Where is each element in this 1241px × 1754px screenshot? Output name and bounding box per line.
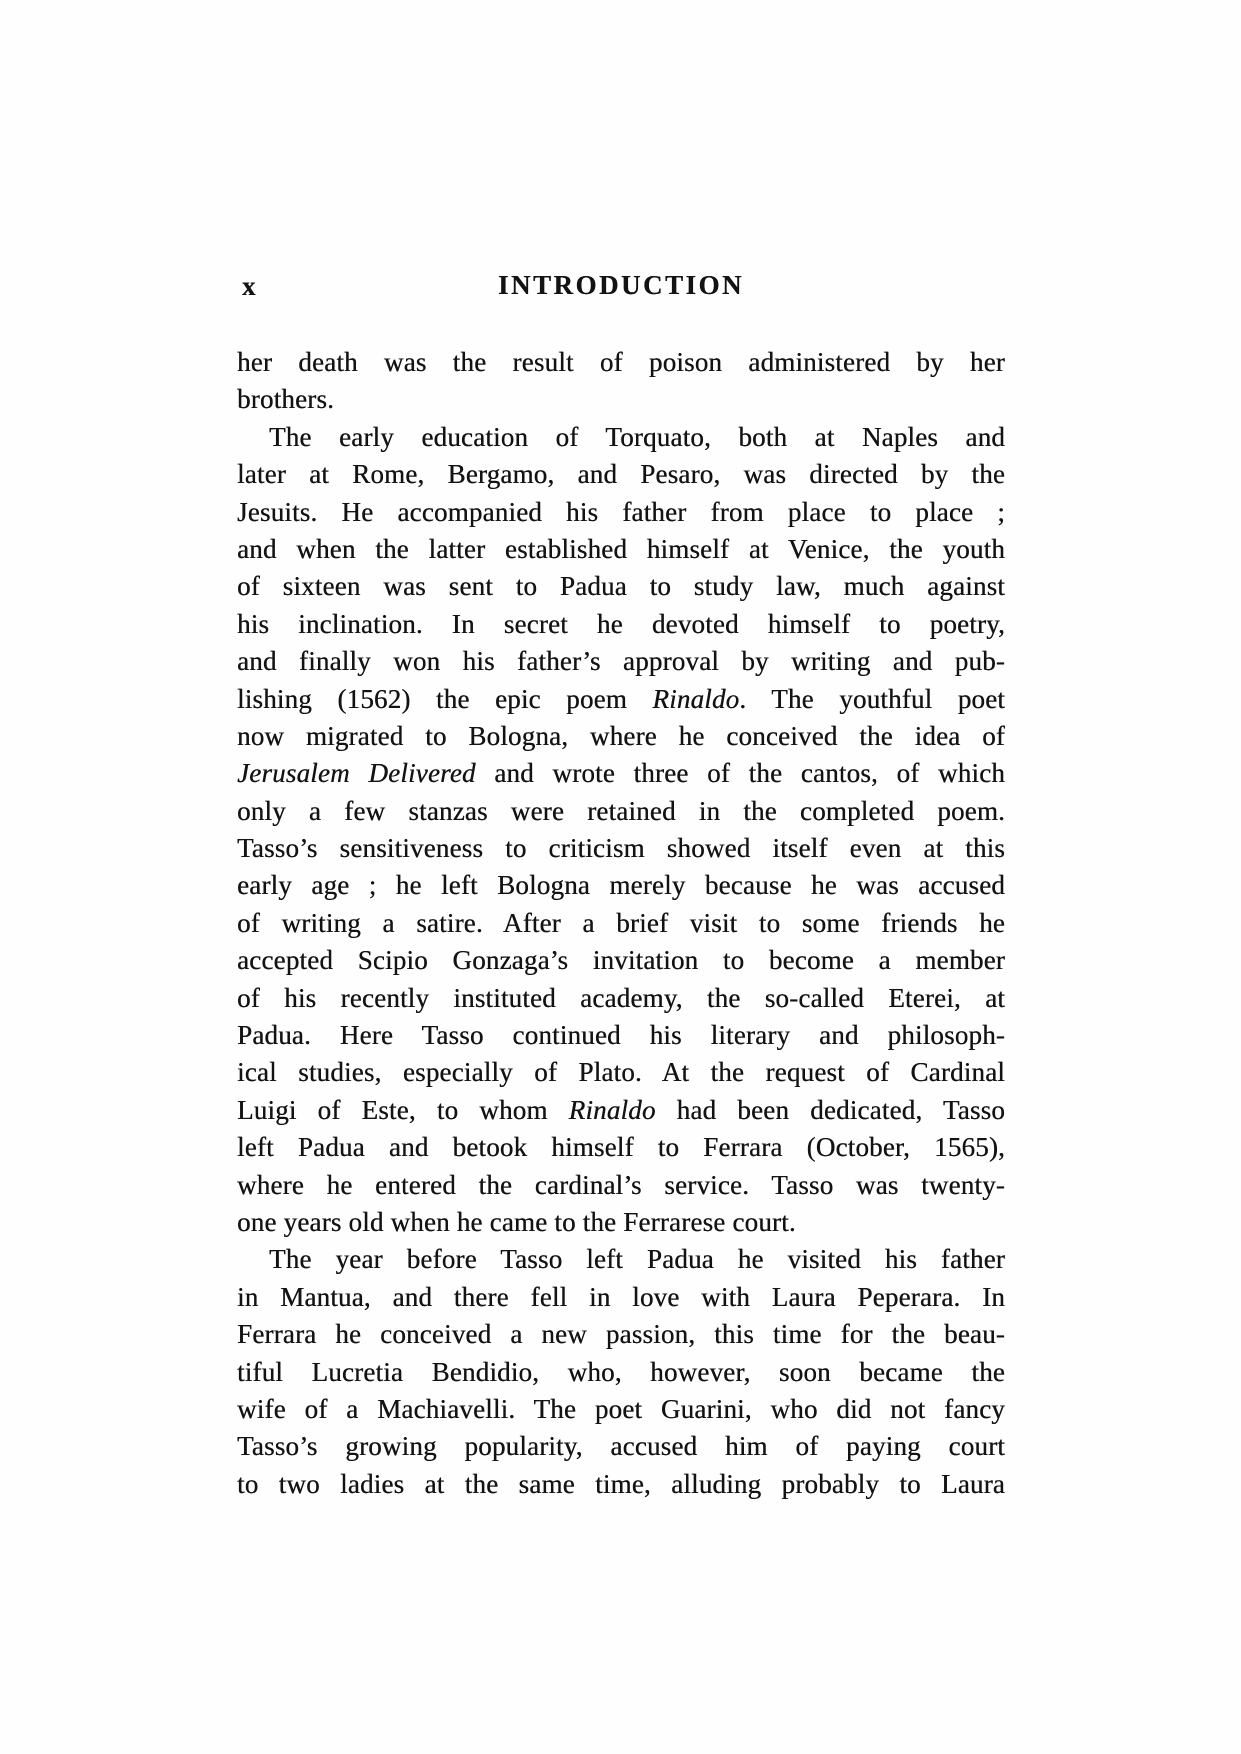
text-segment: The year before Tasso left Padua he visi… [269,1244,1005,1274]
text-line: early age ; he left Bologna merely becau… [237,867,1005,904]
text-segment: and finally won his father’s approval by… [237,646,1005,676]
text-segment: Tasso’s sensitiveness to criticism showe… [237,833,1005,863]
text-segment: lishing (1562) the epic poem [237,684,652,714]
text-line: of writing a satire. After a brief visit… [237,905,1005,942]
text-segment: and wrote three of the cantos, of which [476,758,1005,788]
text-line: only a few stanzas were retained in the … [237,793,1005,830]
text-line: lishing (1562) the epic poem Rinaldo. Th… [237,681,1005,718]
text-segment: and when the latter established himself … [237,534,1005,564]
text-segment: now migrated to Bologna, where he concei… [237,721,1005,751]
text-segment: Ferrara he conceived a new passion, this… [237,1319,1005,1349]
text-segment: ical studies, especially of Plato. At th… [237,1057,1005,1087]
text-line: now migrated to Bologna, where he concei… [237,718,1005,755]
text-line: where he entered the cardinal’s service.… [237,1167,1005,1204]
text-line: left Padua and betook himself to Ferrara… [237,1129,1005,1166]
text-segment: his inclination. In secret he devoted hi… [237,609,1005,639]
text-segment: where he entered the cardinal’s service.… [237,1170,1005,1200]
text-line: in Mantua, and there fell in love with L… [237,1279,1005,1316]
italic-book-title: Rinaldo [569,1095,656,1125]
text-segment: only a few stanzas were retained in the … [237,796,1005,826]
text-line: The year before Tasso left Padua he visi… [237,1241,1005,1278]
text-line: of his recently instituted academy, the … [237,980,1005,1017]
text-segment: Jesuits. He accompanied his father from … [237,497,1005,527]
text-segment: to two ladies at the same time, alluding… [237,1469,1005,1499]
text-line: Jesuits. He accompanied his father from … [237,494,1005,531]
text-segment: of writing a satire. After a brief visit… [237,908,1005,938]
text-line: Ferrara he conceived a new passion, this… [237,1316,1005,1353]
text-segment: The early education of Torquato, both at… [269,422,1005,452]
italic-book-title: Jerusalem Delivered [237,758,476,788]
text-segment: in Mantua, and there fell in love with L… [237,1282,1005,1312]
text-line: tiful Lucretia Bendidio, who, however, s… [237,1354,1005,1391]
text-segment: Tasso’s growing popularity, accused him … [237,1431,1005,1461]
text-line: Tasso’s growing popularity, accused him … [237,1428,1005,1465]
text-line: brothers. [237,381,1005,418]
text-line: and when the latter established himself … [237,531,1005,568]
text-segment: wife of a Machiavelli. The poet Guarini,… [237,1394,1005,1424]
page-header: x INTRODUCTION [237,270,1005,302]
text-segment: Luigi of Este, to whom [237,1095,569,1125]
text-segment: of sixteen was sent to Padua to study la… [237,571,1005,601]
text-line: The early education of Torquato, both at… [237,419,1005,456]
text-line: accepted Scipio Gonzaga’s invitation to … [237,942,1005,979]
text-segment: accepted Scipio Gonzaga’s invitation to … [237,945,1005,975]
text-line: of sixteen was sent to Padua to study la… [237,568,1005,605]
text-segment: of his recently instituted academy, the … [237,983,1005,1013]
text-line: to two ladies at the same time, alluding… [237,1466,1005,1503]
italic-book-title: Rinaldo [652,684,739,714]
text-segment: later at Rome, Bergamo, and Pesaro, was … [237,459,1005,489]
text-segment: early age ; he left Bologna merely becau… [237,870,1005,900]
text-segment: left Padua and betook himself to Ferrara… [237,1132,1005,1162]
book-page: x INTRODUCTION her death was the result … [0,0,1241,1754]
text-segment: tiful Lucretia Bendidio, who, however, s… [237,1357,1005,1387]
text-segment: had been dedicated, Tasso [656,1095,1005,1125]
text-line: Jerusalem Delivered and wrote three of t… [237,755,1005,792]
text-line: her death was the result of poison admin… [237,344,1005,381]
text-line: Tasso’s sensitiveness to criticism showe… [237,830,1005,867]
text-line: wife of a Machiavelli. The poet Guarini,… [237,1391,1005,1428]
text-segment: brothers. [237,384,334,414]
text-line: his inclination. In secret he devoted hi… [237,606,1005,643]
text-line: ical studies, especially of Plato. At th… [237,1054,1005,1091]
text-line: one years old when he came to the Ferrar… [237,1204,1005,1241]
text-segment: Padua. Here Tasso continued his literary… [237,1020,1005,1050]
text-segment: her death was the result of poison admin… [237,347,1005,377]
page-title: INTRODUCTION [237,270,1005,301]
text-line: Luigi of Este, to whom Rinaldo had been … [237,1092,1005,1129]
text-segment: . The youthful poet [739,684,1005,714]
text-line: and finally won his father’s approval by… [237,643,1005,680]
text-segment: one years old when he came to the Ferrar… [237,1207,796,1237]
text-line: Padua. Here Tasso continued his literary… [237,1017,1005,1054]
page-body-text: her death was the result of poison admin… [237,344,1005,1503]
text-line: later at Rome, Bergamo, and Pesaro, was … [237,456,1005,493]
